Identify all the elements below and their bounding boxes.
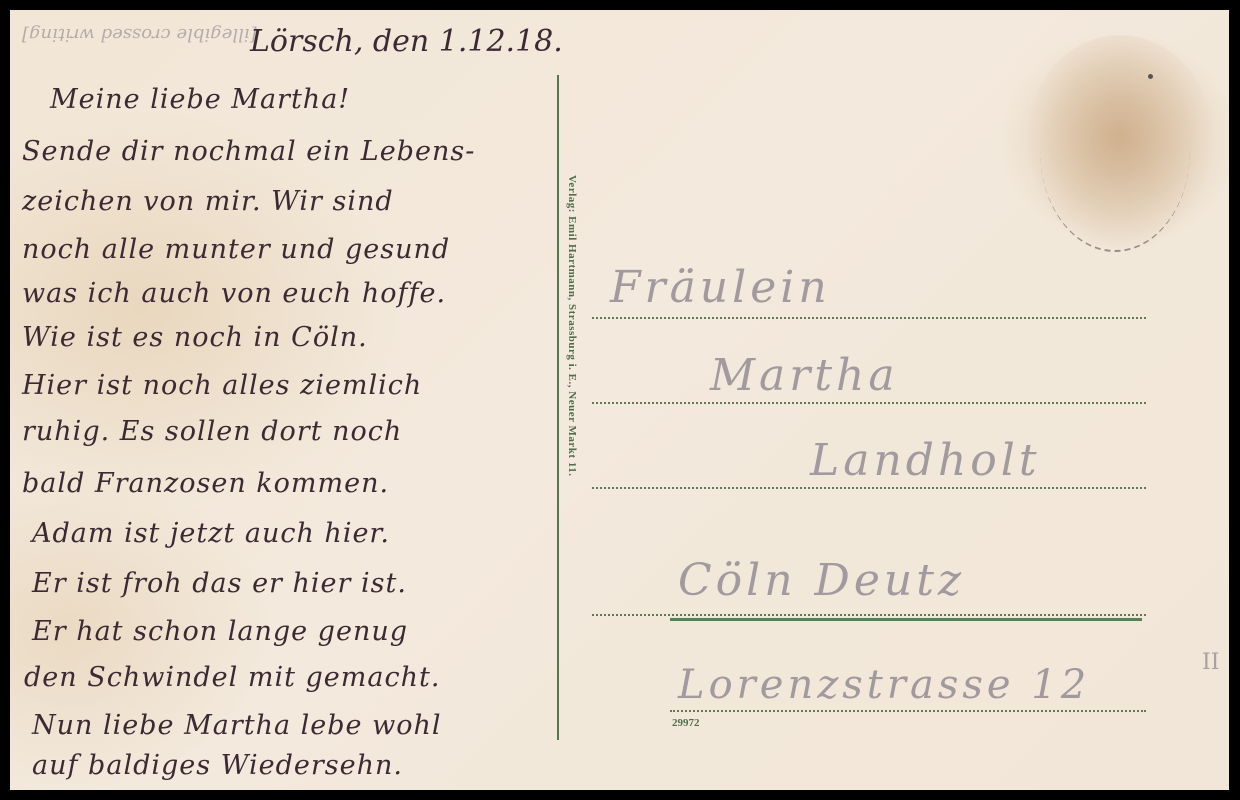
message-line: den Schwindel mit gemacht.	[24, 662, 440, 693]
address-city: Cöln Deutz	[678, 555, 965, 606]
message-line: Er ist froh das er hier ist.	[32, 568, 407, 599]
message-line: Er hat schon lange genug	[32, 616, 408, 647]
margin-note: II	[1202, 650, 1219, 675]
postmark-cancel	[1040, 50, 1190, 252]
publisher-imprint: Verlag: Emil Hartmann, Strassburg i. E.,…	[558, 175, 578, 645]
address-city-underline	[670, 618, 1142, 621]
message-line: Meine liebe Martha!	[50, 84, 350, 115]
message-line: auf baldiges Wiedersehn.	[32, 750, 403, 781]
serial-number: 29972	[672, 717, 700, 729]
address-salutation: Fräulein	[610, 262, 831, 313]
address-line-4	[592, 614, 1146, 616]
crosswritten-text: [illegible crossed writing]	[22, 24, 257, 45]
message-line: ruhig. Es sollen dort noch	[22, 416, 402, 447]
message-line: Wie ist es noch in Cöln.	[22, 322, 368, 353]
message-line: Sende dir nochmal ein Lebens-	[22, 136, 475, 167]
address-line-2	[592, 402, 1146, 404]
address-surname: Landholt	[810, 435, 1041, 486]
message-line: noch alle munter und gesund	[22, 234, 450, 265]
ink-speck	[1148, 74, 1153, 79]
message-line: Adam ist jetzt auch hier.	[32, 518, 390, 549]
address-line-5	[670, 710, 1146, 712]
message-line: was ich auch von euch hoffe.	[22, 278, 446, 309]
message-line: zeichen von mir. Wir sind	[22, 186, 394, 217]
address-line-3	[592, 487, 1146, 489]
message-line: Nun liebe Martha lebe wohl	[32, 710, 442, 741]
message-line: Hier ist noch alles ziemlich	[22, 370, 422, 401]
dateline: Lörsch, den 1.12.18.	[250, 24, 563, 59]
postcard: [illegible crossed writing] Lörsch, den …	[10, 10, 1229, 790]
address-first-name: Martha	[710, 350, 899, 401]
address-line-1	[592, 317, 1146, 319]
message-line: bald Franzosen kommen.	[22, 468, 389, 499]
address-street: Lorenzstrasse 12	[678, 662, 1090, 708]
